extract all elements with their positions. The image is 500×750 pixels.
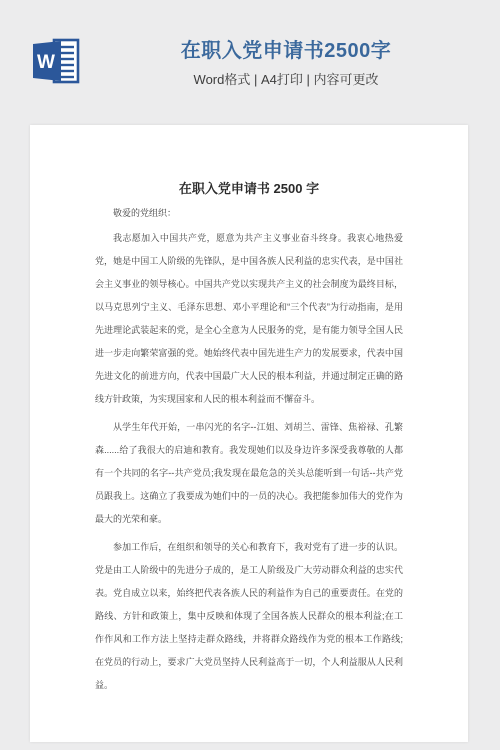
document-salutation: 敬爱的党组织：: [95, 202, 403, 225]
app-header: W 在职入党申请书2500字 Word格式 | A4打印 | 内容可更改: [0, 38, 500, 87]
document-title: 在职入党申请书 2500 字: [95, 177, 403, 200]
document-page-preview: 在职入党申请书 2500 字 敬爱的党组织： 我志愿加入中国共产党，愿意为共产主…: [30, 125, 468, 742]
page-title: 在职入党申请书2500字: [80, 39, 492, 63]
document-paragraph: 我志愿加入中国共产党，愿意为共产主义事业奋斗终身。我衷心地热爱党，她是中国工人阶…: [95, 227, 403, 411]
document-paragraph: 参加工作后，在组织和领导的关心和教育下，我对党有了进一步的认识。党是由工人阶级中…: [95, 536, 403, 697]
page-subtitle: Word格式 | A4打印 | 内容可更改: [80, 72, 492, 87]
page-canvas: W 在职入党申请书2500字 Word格式 | A4打印 | 内容可更改 在职入…: [0, 0, 500, 750]
header-text-block: 在职入党申请书2500字 Word格式 | A4打印 | 内容可更改: [80, 38, 500, 87]
document-body: 敬爱的党组织： 我志愿加入中国共产党，愿意为共产主义事业奋斗终身。我衷心地热爱党…: [95, 202, 403, 697]
svg-text:W: W: [37, 52, 55, 73]
word-icon: W: [33, 38, 80, 84]
word-icon-graphic: W: [33, 38, 80, 84]
document-paragraph: 从学生年代开始，一串闪光的名字--江姐、刘胡兰、雷锋、焦裕禄、孔繁森......…: [95, 416, 403, 531]
